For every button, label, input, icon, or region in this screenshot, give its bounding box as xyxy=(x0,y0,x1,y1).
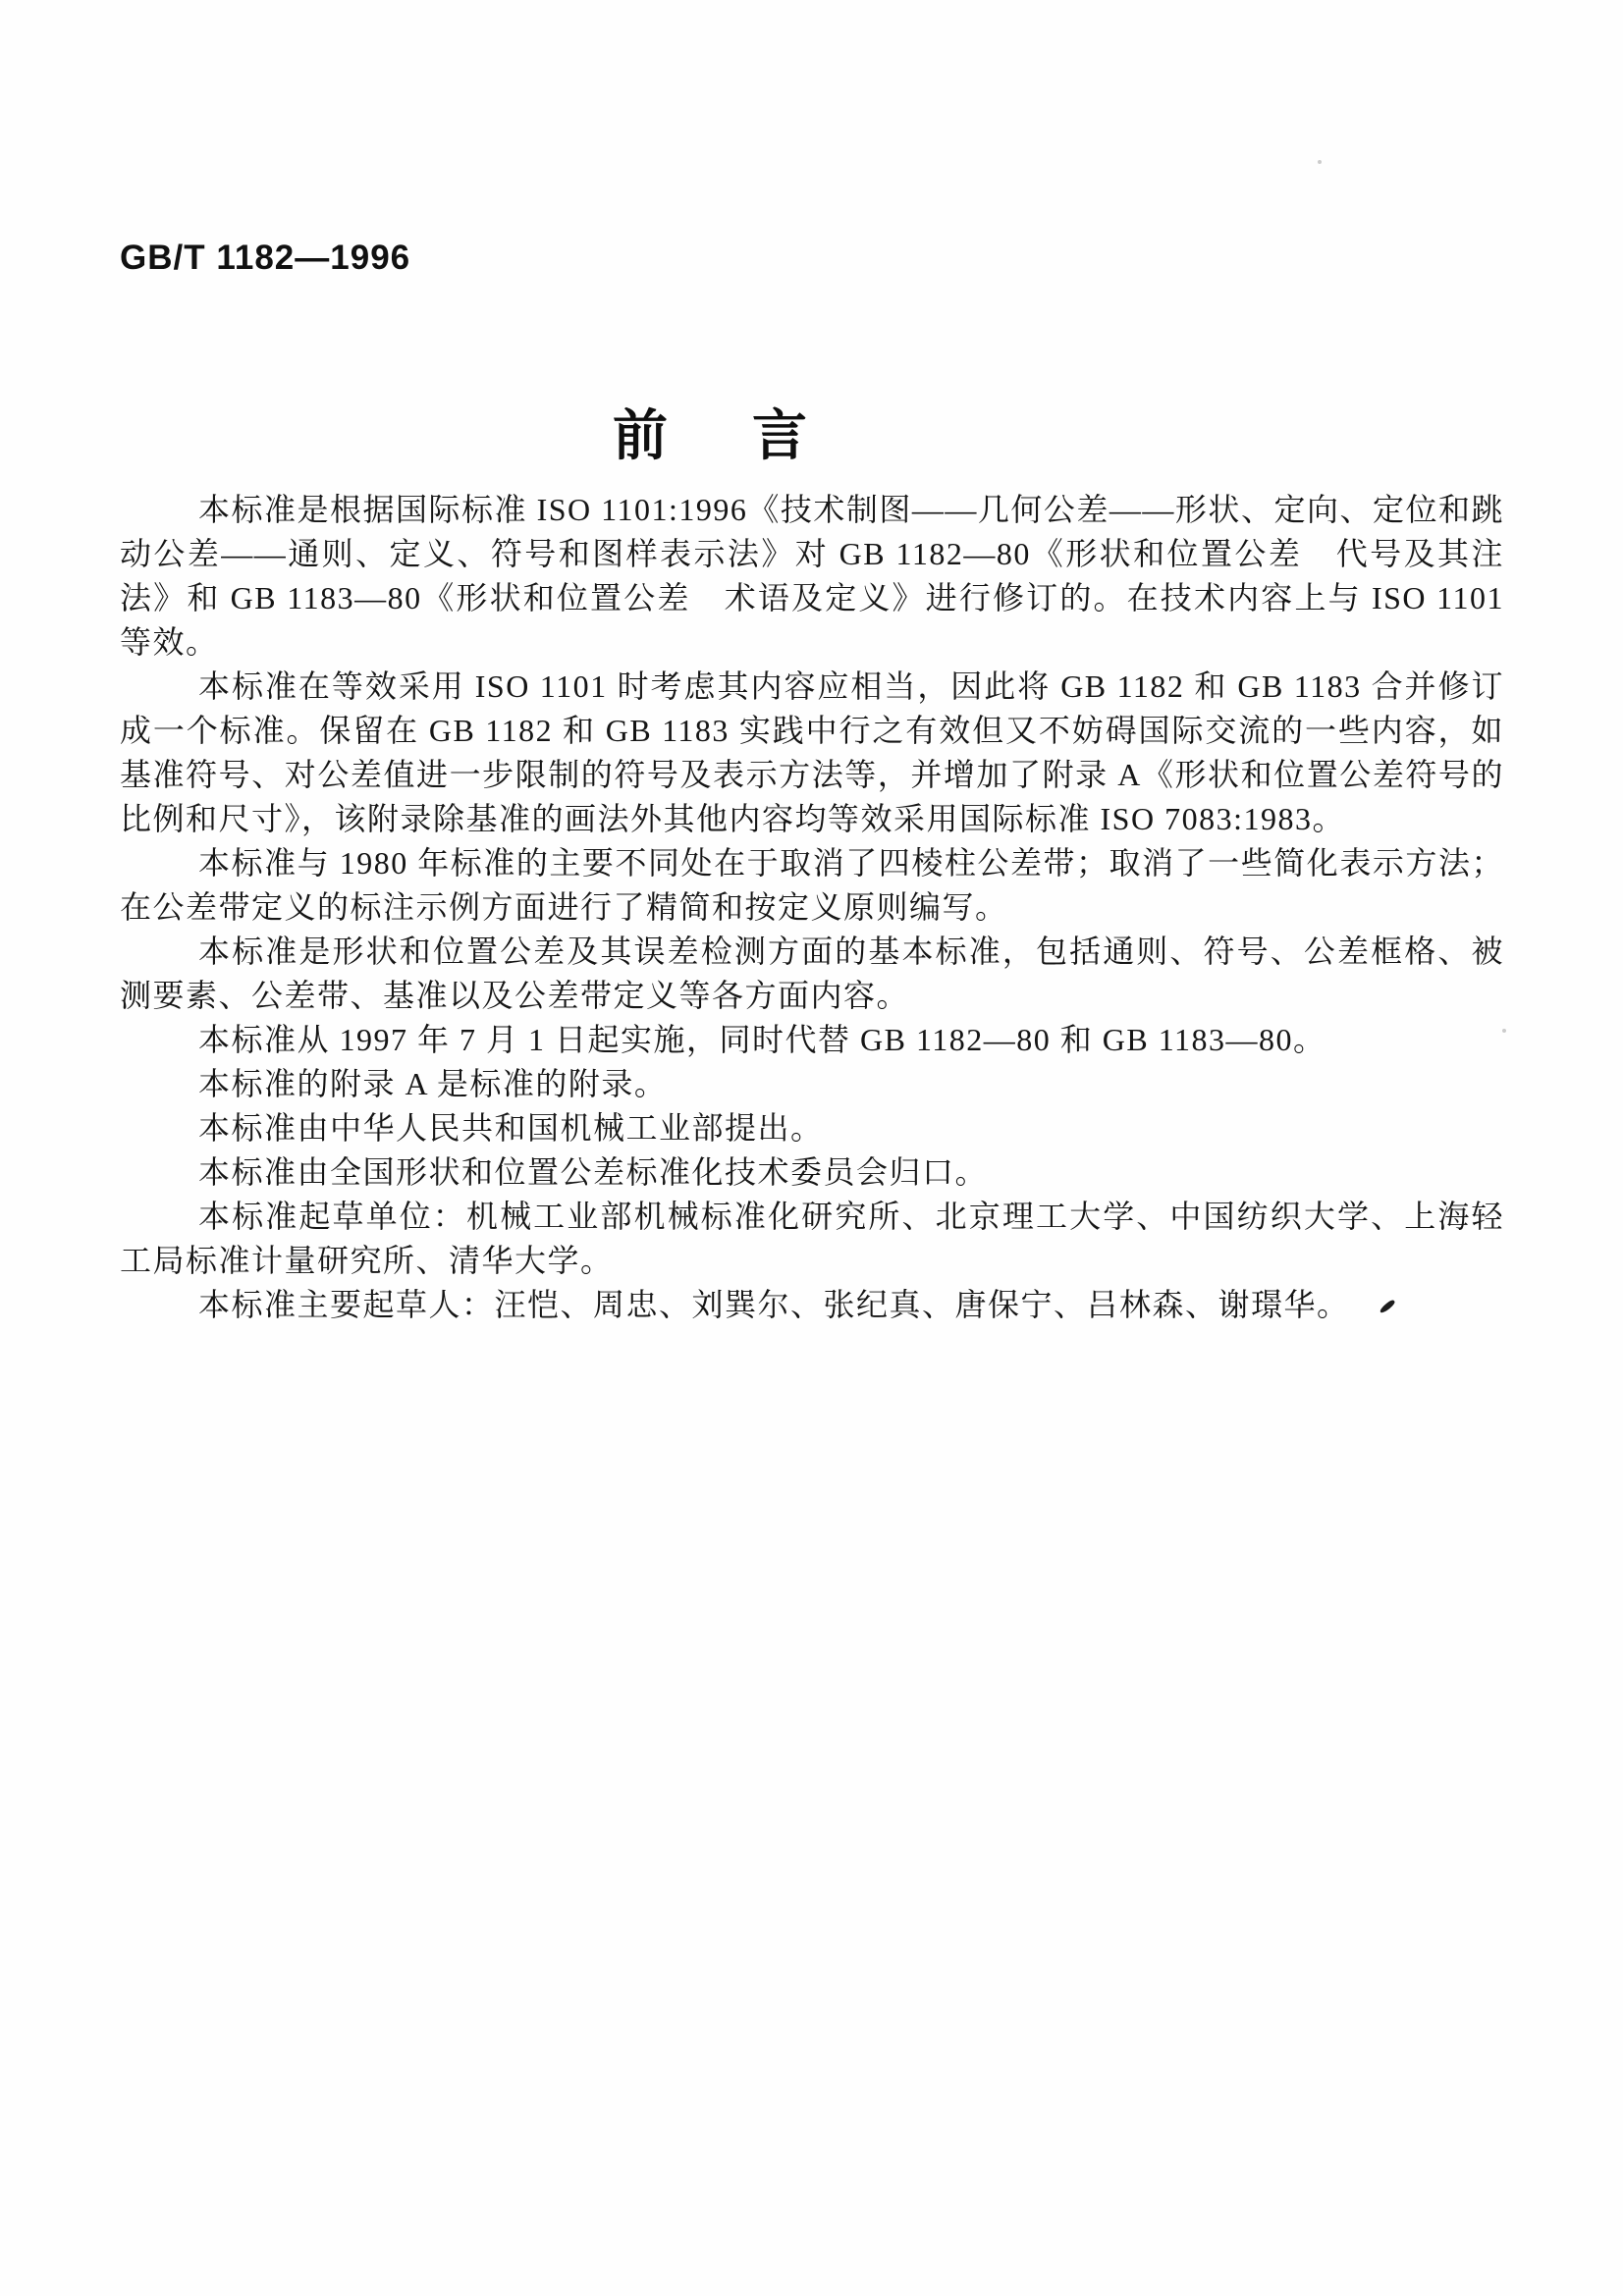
paragraph: 本标准起草单位：机械工业部机械标准化研究所、北京理工大学、中国纺织大学、上海轻工… xyxy=(120,1195,1504,1283)
page-title: 前言 xyxy=(613,393,892,471)
paragraph: 本标准是根据国际标准 ISO 1101:1996《技术制图——几何公差——形状、… xyxy=(120,488,1504,665)
paragraph: 本标准从 1997 年 7 月 1 日起实施，同时代替 GB 1182—80 和… xyxy=(120,1018,1504,1062)
paragraph: 本标准是形状和位置公差及其误差检测方面的基本标准，包括通则、符号、公差框格、被测… xyxy=(120,930,1504,1018)
paragraph: 本标准的附录 A 是标准的附录。 xyxy=(120,1062,1504,1106)
foreword-body: 本标准是根据国际标准 ISO 1101:1996《技术制图——几何公差——形状、… xyxy=(120,488,1504,1327)
scan-speck xyxy=(1502,1029,1506,1033)
paragraph: 本标准在等效采用 ISO 1101 时考虑其内容应相当，因此将 GB 1182 … xyxy=(120,665,1504,841)
document-page: GB/T 1182—1996 前言 本标准是根据国际标准 ISO 1101:19… xyxy=(0,0,1623,2296)
paragraph: 本标准主要起草人：汪恺、周忠、刘巽尔、张纪真、唐保宁、吕林森、谢璟华。 xyxy=(120,1283,1504,1327)
paragraph: 本标准由中华人民共和国机械工业部提出。 xyxy=(120,1106,1504,1150)
paragraph: 本标准由全国形状和位置公差标准化技术委员会归口。 xyxy=(120,1150,1504,1195)
scan-speck xyxy=(1318,160,1322,164)
standard-number: GB/T 1182—1996 xyxy=(120,239,410,278)
paragraph: 本标准与 1980 年标准的主要不同处在于取消了四棱柱公差带；取消了一些简化表示… xyxy=(120,841,1504,930)
